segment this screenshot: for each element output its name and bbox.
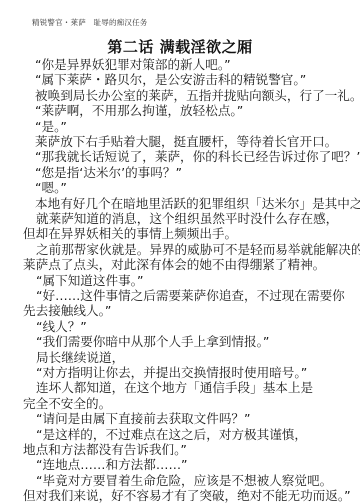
text-line: 但对我们来说，好不容易才有了突破，绝对不能无功而返。” [23,488,351,504]
text-line: “您是指‘达米尔’的事吗？” [35,165,182,181]
text-line: “毕竟对方要冒着生命危险，应该是不想被人察觉吧。 [36,473,332,489]
text-line: “对方指明让你去，并提出交换情报时使用暗号。” [36,365,307,381]
text-line: 完全不安全的。 [23,396,111,412]
text-line: 局长继续说道， [36,350,124,366]
text-line: “连地点……和方法都……” [36,457,188,473]
text-line: “请问是由属下直接前去获取文件吗？” [36,411,251,427]
text-line: 被唤到局长办公室的莱萨，五指并拢贴向额头，行了一礼。 [35,88,360,104]
text-line: 本地有好几个在暗地里活跃的犯罪组织「达米尔」是其中之一。 [35,196,360,212]
text-line: “是这样的，不过难点在这之后，对方极其谨慎， [36,427,307,443]
text-line: “莱萨啊，不用那么拘谨，放轻松点。” [35,103,243,119]
text-line: 连坏人都知道，在这个地方「通信手段」基本上是 [36,380,313,396]
text-line: 莱萨放下右手贴着大腿，挺直腰杆，等待着长官开口。 [35,134,337,150]
running-header: 精锐警官・莱萨 耻辱的痴汉任务 [32,17,148,28]
text-line: “属下知道这件事。” [36,273,144,289]
text-line: 莱萨点了点头，对此深有体会的她不由得绷紧了精神。 [23,257,325,273]
text-line: 但却在异界妖相关的事情上频频出手。 [23,226,237,242]
text-line: “是。” [35,119,67,135]
text-line: 先去接触线人。” [23,303,111,319]
text-line: 就莱萨知道的消息，这个组织虽然平时没什么存在感， [36,211,338,227]
text-line: “那我就长话短说了，莱萨，你的科长已经告诉过你了吧？” [35,149,360,165]
text-line: “线人？” [36,319,87,335]
text-line: 地点和方法都没有告诉我们。” [23,442,187,458]
text-line: “嗯。” [35,180,67,196]
chapter-title: 第二话 满载淫欲之厢 [0,36,360,57]
text-line: 之前那帮家伙就是。异界的威胁可不是轻而易举就能解决的， [36,242,360,258]
text-line: “你是异界妖犯罪对策部的新人吧。” [35,57,231,73]
text-line: “好……这件事情之后需要莱萨你追查，不过现在需要你 [36,288,345,304]
text-line: “我们需要你暗中从那个人手上拿到情报。” [36,334,269,350]
text-line: “属下莱萨・路贝尔，是公安游击科的精锐警官。” [35,72,306,88]
